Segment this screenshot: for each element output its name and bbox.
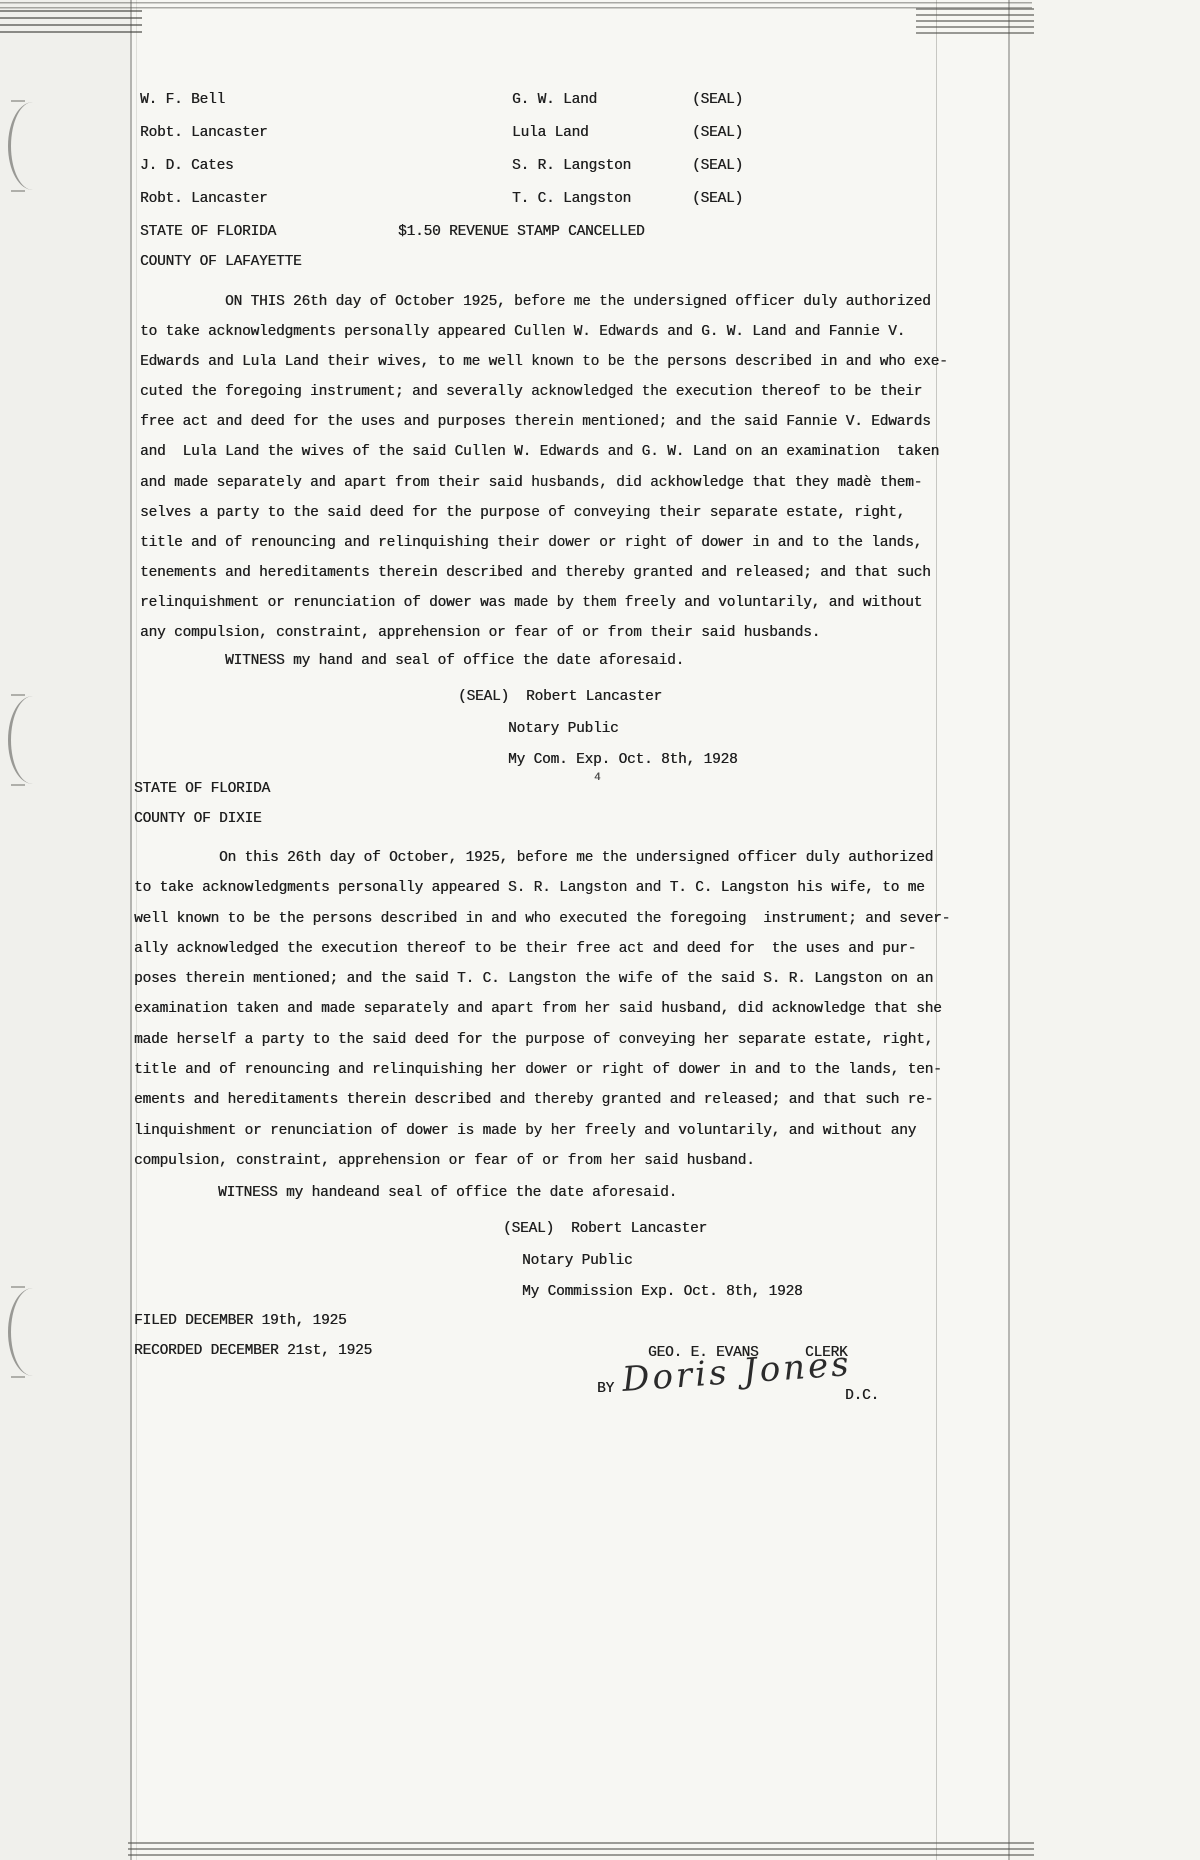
signature-row: J. D. Cates S. R. Langston (SEAL) [140,158,900,191]
signer-name: T. C. Langston [512,191,692,207]
paragraph-line: title and of renouncing and relinquishin… [134,1055,982,1085]
seal-label: (SEAL) [692,158,782,174]
bottom-scan-stripes [128,1842,1034,1857]
stray-typed-mark: 4 [594,772,600,784]
paragraph-line: compulsion, constraint, apprehension or … [134,1146,982,1176]
signature-table: W. F. Bell G. W. Land (SEAL) Robt. Lanca… [140,92,900,224]
recorded-date: RECORDED DECEMBER 21st, 1925 [134,1343,372,1359]
paragraph-line: and made separately and apart from their… [140,468,980,498]
county-heading: COUNTY OF LAFAYETTE [140,254,302,270]
signature-row: Robt. Lancaster T. C. Langston (SEAL) [140,191,900,224]
top-left-scan-stripes [0,10,142,34]
paragraph-line: well known to be the persons described i… [134,904,982,934]
right-margin-line-outer [1008,0,1010,1860]
witness-clause: WITNESS my handeand seal of office the d… [218,1185,677,1201]
left-margin-line [130,0,132,1860]
paragraph-line: selves a party to the said deed for the … [140,498,980,528]
paragraph-line: linquishment or renunciation of dower is… [134,1116,982,1146]
scanned-deed-page: { "page": { "signature_rows": [ { "left"… [0,0,1200,1860]
paragraph-line: made herself a party to the said deed fo… [134,1025,982,1055]
commission-expiry: My Com. Exp. Oct. 8th, 1928 [508,752,738,768]
paragraph-line: to take acknowledgments personally appea… [134,873,982,903]
paragraph-line: Edwards and Lula Land their wives, to me… [140,347,980,377]
notary-seal-signature: (SEAL) Robert Lancaster [458,689,662,705]
acknowledgment-paragraph: On this 26th day of October, 1925, befor… [134,843,982,1176]
paragraph-line: cuted the foregoing instrument; and seve… [140,377,980,407]
witness-clause: WITNESS my hand and seal of office the d… [225,653,684,669]
paragraph-line: ements and hereditaments therein describ… [134,1085,982,1115]
notary-title: Notary Public [522,1253,633,1269]
paragraph-line: title and of renouncing and relinquishin… [140,528,980,558]
by-label: BY [597,1381,614,1397]
state-heading: STATE OF FLORIDA [140,224,276,240]
seal-label: (SEAL) [692,125,782,141]
paragraph-line: to take acknowledgments personally appea… [140,317,980,347]
paragraph-line: On this 26th day of October, 1925, befor… [134,843,982,873]
signer-name: Lula Land [512,125,692,141]
commission-expiry: My Commission Exp. Oct. 8th, 1928 [522,1284,803,1300]
acknowledgment-paragraph: ON THIS 26th day of October 1925, before… [140,287,980,648]
top-scan-stripes [0,2,1032,11]
signature-row: W. F. Bell G. W. Land (SEAL) [140,92,900,125]
right-margin-shade [1010,0,1200,1860]
paragraph-line: tenements and hereditaments therein desc… [140,558,980,588]
paragraph-line: relinquishment or renunciation of dower … [140,588,980,618]
paragraph-line: examination taken and made separately an… [134,994,982,1024]
paragraph-line: and Lula Land the wives of the said Cull… [140,437,980,467]
notary-title: Notary Public [508,721,619,737]
top-right-scan-stripes [916,8,1034,36]
witness-name: Robt. Lancaster [140,125,512,141]
state-heading: STATE OF FLORIDA [134,781,270,797]
filed-date: FILED DECEMBER 19th, 1925 [134,1313,347,1329]
signer-name: G. W. Land [512,92,692,108]
paragraph-line: any compulsion, constraint, apprehension… [140,618,980,648]
witness-name: Robt. Lancaster [140,191,512,207]
paragraph-line: free act and deed for the uses and purpo… [140,407,980,437]
paragraph-line: ally acknowledged the execution thereof … [134,934,982,964]
signature-row: Robt. Lancaster Lula Land (SEAL) [140,125,900,158]
paragraph-line: ON THIS 26th day of October 1925, before… [140,287,980,317]
witness-name: J. D. Cates [140,158,512,174]
signer-name: S. R. Langston [512,158,692,174]
revenue-stamp-note: $1.50 REVENUE STAMP CANCELLED [398,224,645,240]
seal-label: (SEAL) [692,191,782,207]
notary-seal-signature: (SEAL) Robert Lancaster [503,1221,707,1237]
seal-label: (SEAL) [692,92,782,108]
deputy-clerk-title: D.C. [845,1388,879,1404]
witness-name: W. F. Bell [140,92,512,108]
paragraph-line: poses therein mentioned; and the said T.… [134,964,982,994]
left-margin-shade [0,0,130,1860]
county-heading: COUNTY OF DIXIE [134,811,262,827]
